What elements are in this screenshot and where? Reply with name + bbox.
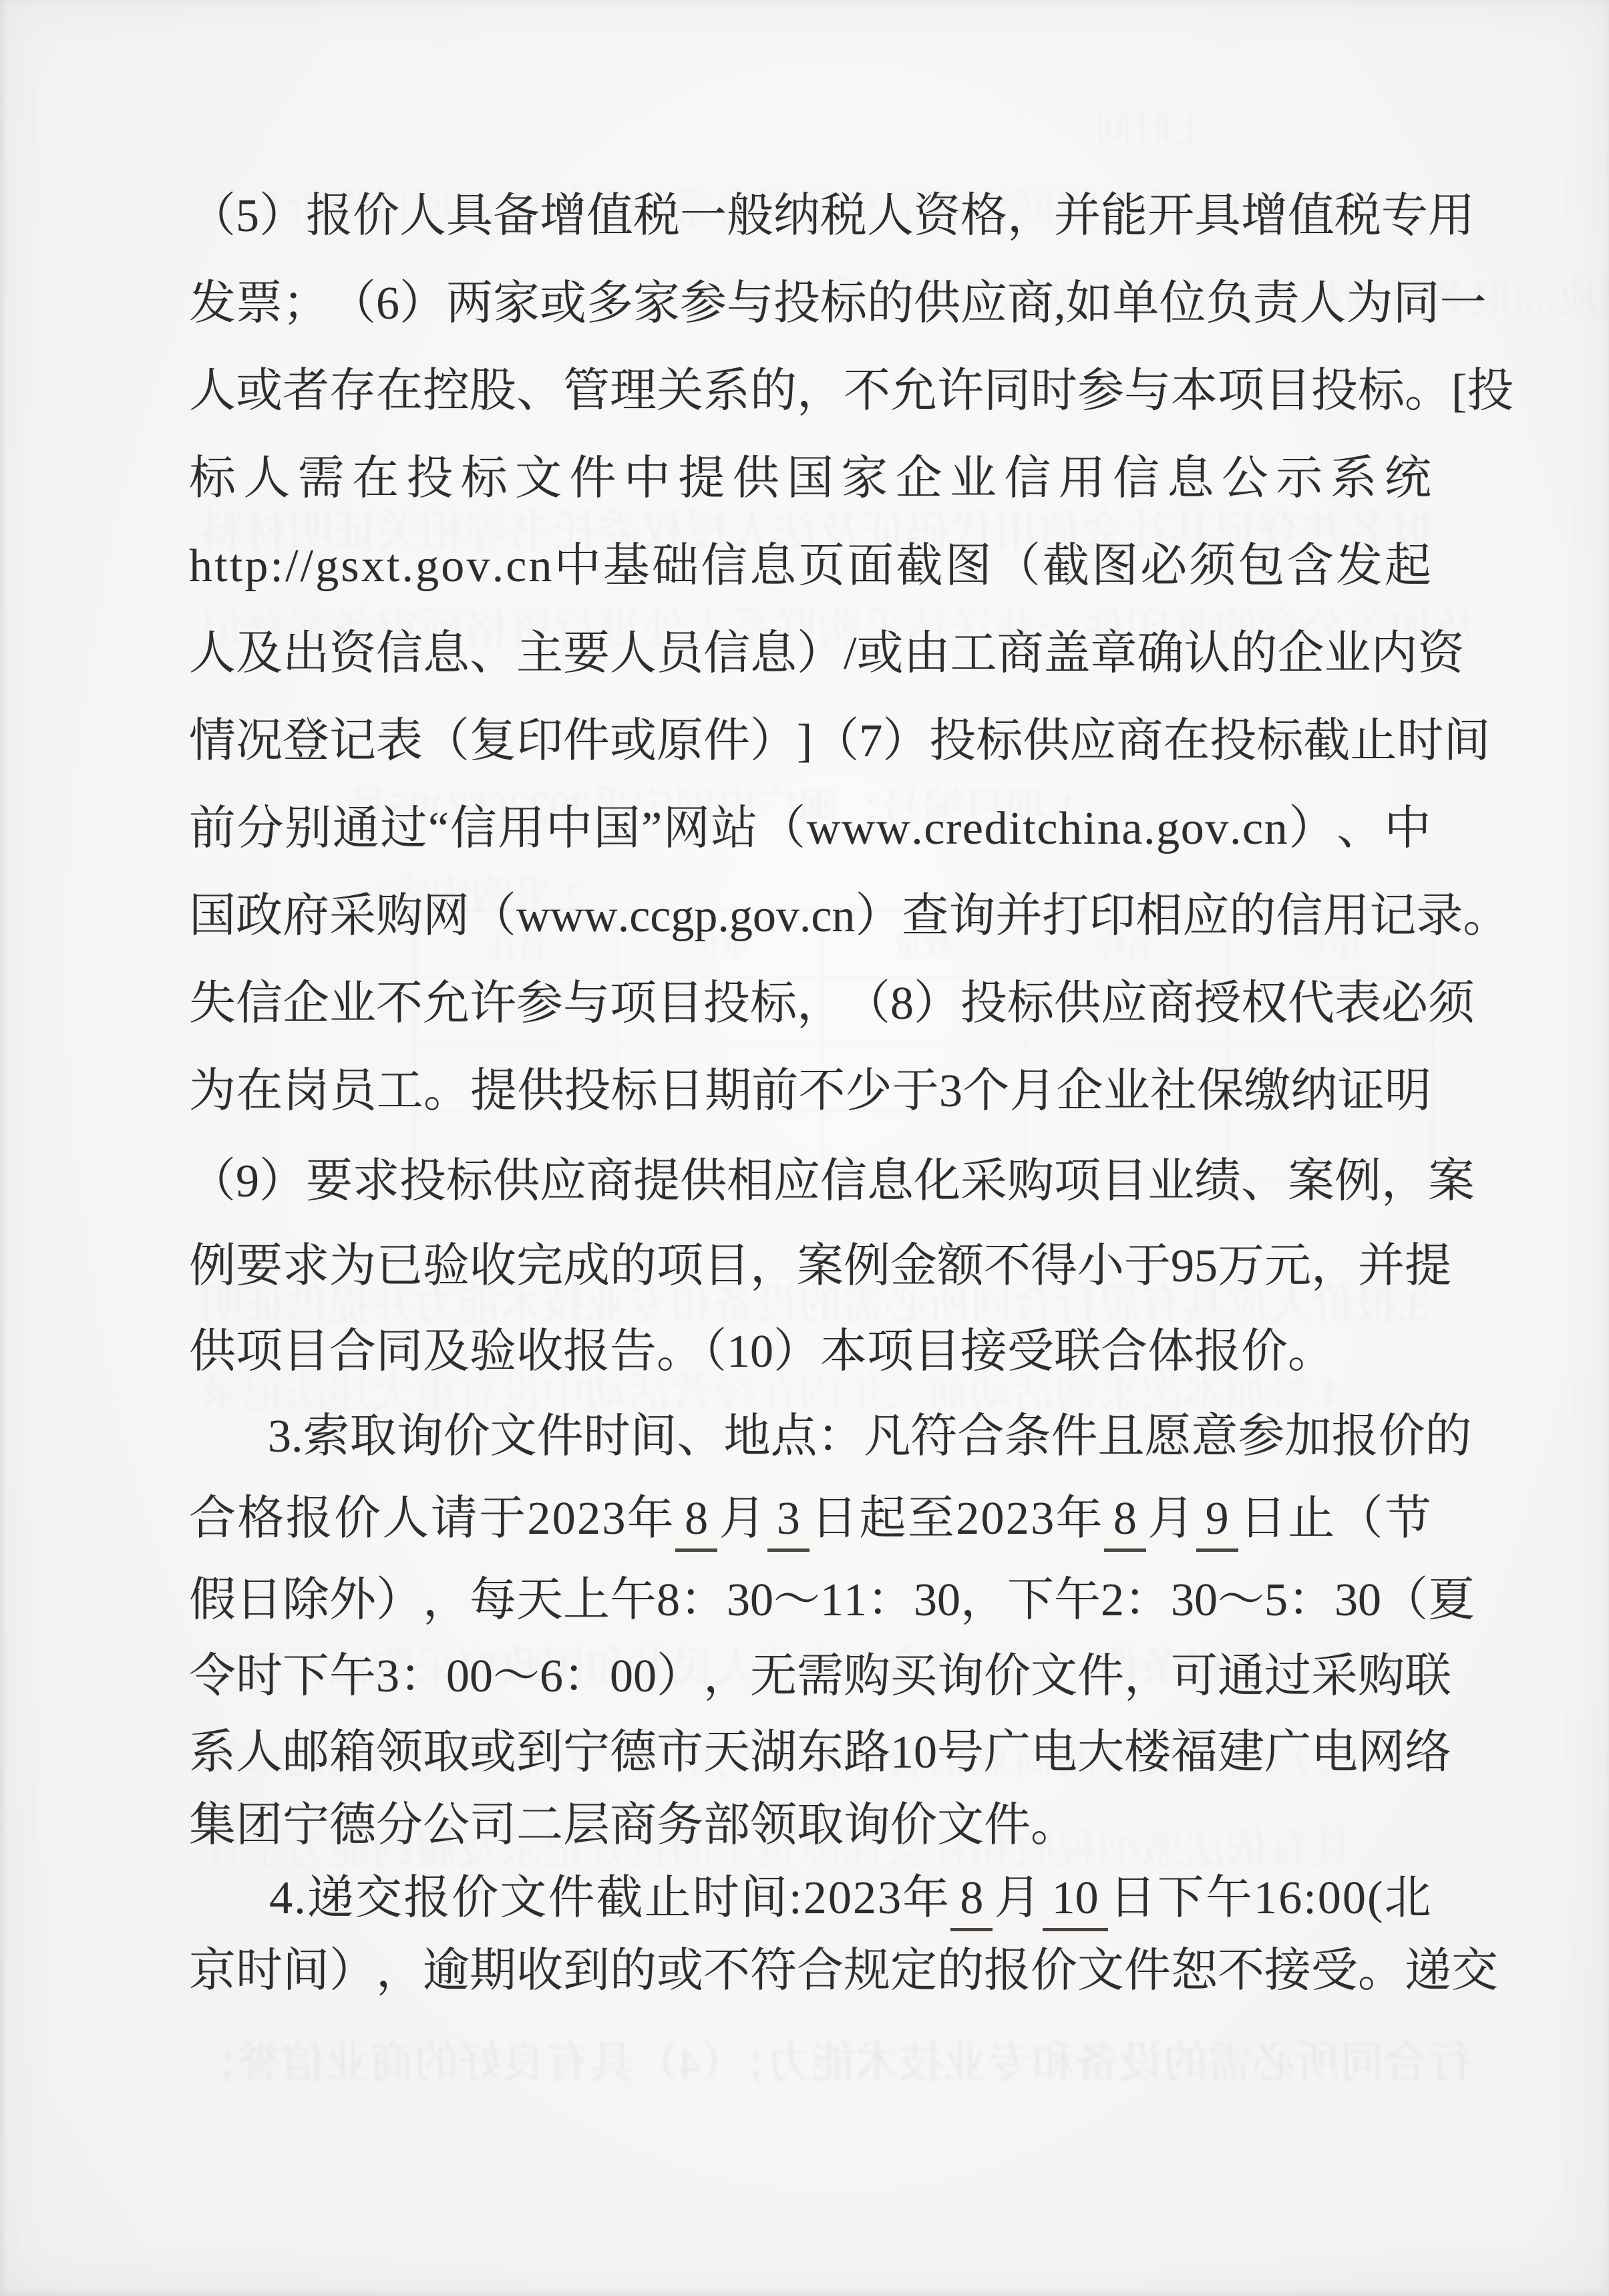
- text-line: 人及出资信息、主要人员信息）/或由工商盖章确认的企业内资: [189, 627, 1431, 682]
- underlined-value: 3: [767, 1492, 810, 1552]
- text-line: （9）要求投标供应商提供相应信息化采购项目业绩、案例，案: [189, 1154, 1431, 1210]
- text-line: http://gsxt.gov.cn中基础信息页面截图（截图必须包含发起: [189, 539, 1431, 595]
- text-line: 发票；（6）两家或多家参与投标的供应商,如单位负责人为同一: [189, 277, 1431, 332]
- text-line: 情况登记表（复印件或原件）]（7）投标供应商在投标截止时间: [189, 714, 1431, 770]
- scanned-page: 宁德市广播电视网络高清交互平台系统升级改造项目询价公告上时间供应商报名时须提供营…: [0, 0, 1609, 2296]
- underlined-value: 9: [1196, 1492, 1238, 1552]
- underlined-value: 8: [950, 1871, 993, 1931]
- text-line: 国政府采购网（www.ccgp.gov.cn）查询并打印相应的信用记录。: [189, 889, 1431, 945]
- underlined-value: 10: [1043, 1871, 1108, 1931]
- text-line: 人或者存在控股、管理关系的，不允许同时参与本项目投标。[投: [189, 364, 1431, 420]
- text-line: 令时下午3：00～6：00），无需购买询价文件，可通过采购联: [189, 1649, 1431, 1705]
- underlined-value: 8: [675, 1492, 717, 1552]
- underlined-value: 8: [1104, 1492, 1146, 1552]
- text-line: 例要求为已验收完成的项目，案例金额不得小于95万元，并提: [189, 1239, 1431, 1295]
- text-line: 标人需在投标文件中提供国家企业信用信息公示系统: [189, 452, 1431, 507]
- text-line: （5）报价人具备增值税一般纳税人资格，并能开具增值税专用: [189, 189, 1431, 244]
- text-line: 假日除外），每天上午8：30～11：30，下午2：30～5：30（夏: [189, 1573, 1431, 1629]
- text-line: 3.索取询价文件时间、地点：凡符合条件且愿意参加报价的: [189, 1410, 1431, 1465]
- text-line: 系人邮箱领取或到宁德市天湖东路10号广电大楼福建广电网络: [189, 1726, 1431, 1781]
- document-text: （5）报价人具备增值税一般纳税人资格，并能开具增值税专用发票；（6）两家或多家参…: [0, 0, 1609, 2296]
- text-line: 供项目合同及验收报告。（10）本项目接受联合体报价。: [189, 1325, 1431, 1380]
- text-line: 失信企业不允许参与项目投标，（8）投标供应商授权代表必须: [189, 977, 1431, 1032]
- text-line: 为在岗员工。提供投标日期前不少于3个月企业社保缴纳证明: [189, 1064, 1431, 1120]
- text-line: 京时间），逾期收到的或不符合规定的报价文件恕不接受。递交: [189, 1944, 1431, 1999]
- text-line: 集团宁德分公司二层商务部领取询价文件。: [189, 1798, 1431, 1854]
- text-line: 前分别通过“信用中国”网站（www.creditchina.gov.cn）、中: [189, 802, 1431, 857]
- text-line: 4.递交报价文件截止时间:2023年8月10日下午16:00(北: [189, 1871, 1431, 1931]
- text-line: 合格报价人请于2023年8月3日起至2023年8月9日止（节: [189, 1492, 1431, 1552]
